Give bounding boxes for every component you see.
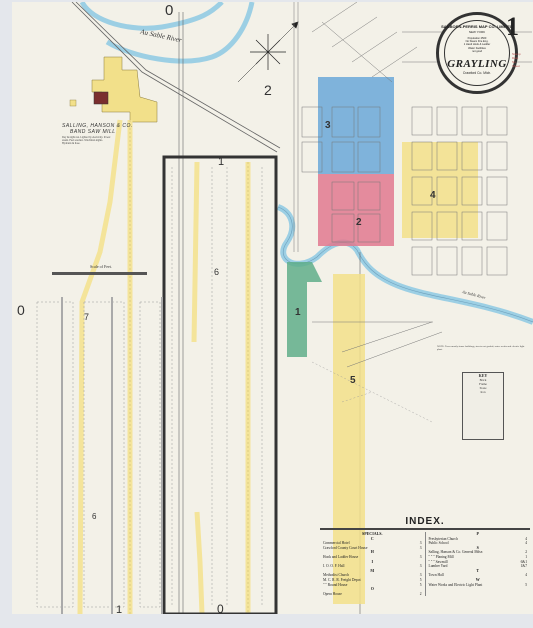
archive-stamp: Stamp Date No. Sheet [512,52,533,68]
index-entry-name: Crawford County Court House [323,546,367,551]
block-number-1: 1 [295,307,301,318]
seal-town-name: GRAYLING [439,58,515,70]
seal-county-state: Crawford Co. Mich. [439,71,515,75]
grid-number-right: 2 [264,82,272,98]
index-entry-page: 2 [420,592,422,597]
block-4-yellow [402,142,478,238]
index-entry-name: " " Round House [323,583,347,588]
river-upper-channel [107,2,252,61]
block-number-3: 3 [325,120,331,131]
index-entry-name: Town Hall [429,573,444,578]
scale-label: Scale of Feet. [90,264,112,269]
stamp-line: Sheet [512,64,533,68]
compass-rose [238,22,298,82]
index-entry: Opera House2 [323,592,422,597]
mill-name-line-2: BAND SAW MILL [62,129,133,135]
seal-info: Population 2500 No Steam Fire Eng. 1 Han… [439,37,515,53]
index-left-column: SPECIALS. C Commercial Hotel3 Crawford C… [320,532,425,596]
index-entry-page: 3 [420,546,422,551]
index-entry-name: Hook and Ladder House [323,555,358,560]
block-number-7: 7 [84,312,89,322]
grid-number-inner: 1 [218,156,224,168]
mill-name-label: SALLING, HANSON & CO. BAND SAW MILL [62,123,133,135]
block-number-6: 6 [214,267,219,277]
index-entry-name: Opera House [323,592,342,597]
mill-boilers [94,92,108,104]
map-key-legend: KEY Brick Frame Stone Iron [462,372,504,440]
block-number-4: 4 [430,190,436,201]
grid-number-bottom-0: 0 [217,602,224,614]
index-entry: Water Works and Electric Light Plant5 [429,583,528,588]
lumber-yard-boundary [164,157,276,614]
sanborn-map-sheet: 0 2 0 1 1 0 1 2 3 4 5 6 6 7 Au Sable Riv… [12,2,533,614]
index-panel: INDEX. SPECIALS. C Commercial Hotel3 Cra… [320,516,530,596]
index-entry-page: 3 [420,564,422,569]
index-entry-page: 3 [420,555,422,560]
index-entry-name: Water Works and Electric Light Plant [429,583,483,588]
index-rule [320,528,530,530]
block-1-green [287,262,322,357]
map-note: NOTE: Town mostly frame buildings, stree… [437,345,530,351]
block-number-6b: 6 [92,512,96,521]
index-entry-name: I. O. O. F. Hall [323,564,344,569]
index-entry-name: Lumber Yard [429,564,448,569]
block-number-5: 5 [350,375,356,386]
sheet-number: 1 [506,12,519,42]
seal-publisher-city: NEW YORK [439,30,515,34]
mill-notes: Day & night run. Lighted by electricity.… [62,136,112,145]
index-entry-page: 4 [525,573,527,578]
grid-number-top: 0 [165,2,173,19]
index-entry-name: Public School [429,541,449,546]
seal-info-line: not good [439,50,515,53]
grid-number-left: 0 [17,302,25,318]
index-entry-page: 5 [420,583,422,588]
index-title: INDEX. [320,516,530,527]
seal-publisher: SANBORN-PERRIS MAP CO. LIMITED [439,24,515,29]
key-row: Iron [463,390,503,394]
index-entry-page: 4 [525,541,527,546]
block-2-red [318,174,394,246]
mill-footprint [92,57,157,122]
index-right-column: P Presbyterian Church4 Public School4 S … [425,532,531,596]
scale-bar [52,272,147,275]
index-entry-page: 1&7 [521,564,527,569]
block-number-2: 2 [356,217,362,228]
grid-number-bottom-1: 1 [116,604,122,614]
index-entry-page: 5 [525,583,527,588]
river-upper-loop [82,2,222,28]
